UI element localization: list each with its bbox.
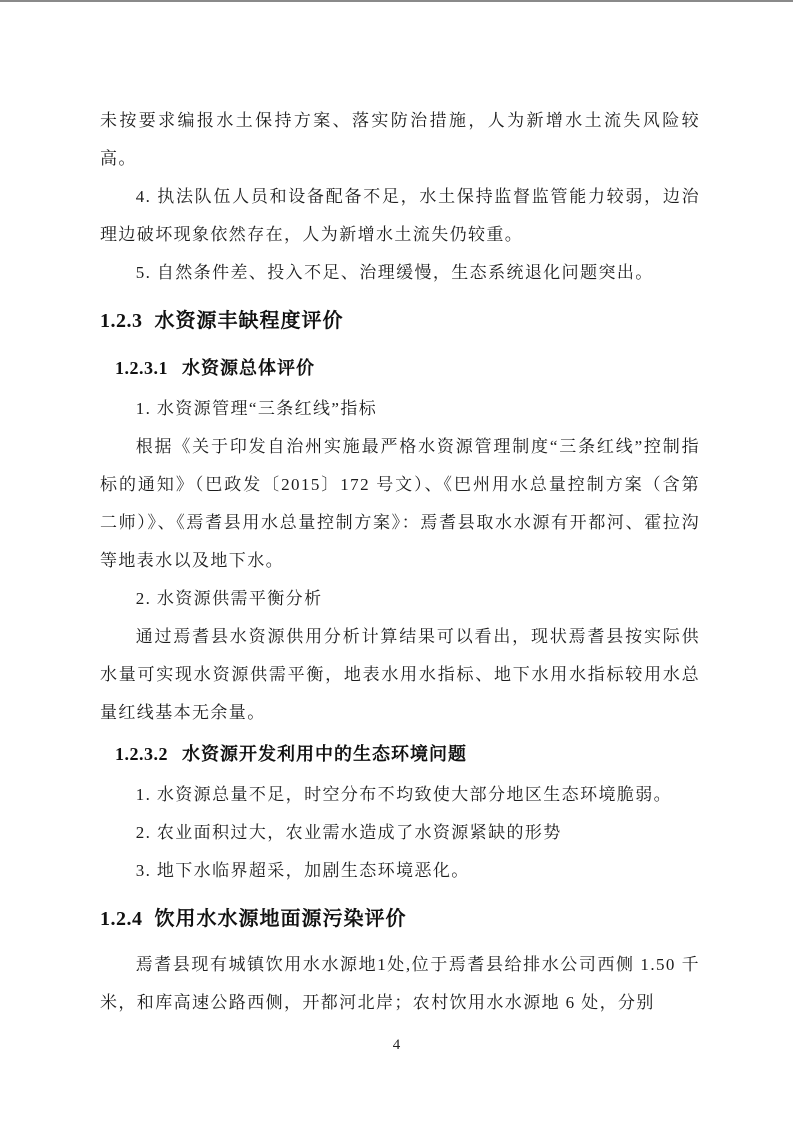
heading-1-2-4: 1.2.4饮用水水源地面源污染评价 xyxy=(100,898,700,940)
paragraph-item-1-three-red-lines: 1. 水资源管理“三条红线”指标 xyxy=(100,390,700,428)
heading-title: 水资源丰缺程度评价 xyxy=(155,310,344,332)
heading-number: 1.2.4 xyxy=(100,908,143,930)
heading-number: 1.2.3 xyxy=(100,310,143,332)
heading-title: 水资源开发利用中的生态环境问题 xyxy=(182,744,467,764)
paragraph-item-2-supply-demand: 2. 水资源供需平衡分析 xyxy=(100,580,700,618)
paragraph-item-4-enforcement: 4. 执法队伍人员和设备配备不足，水土保持监督监管能力较弱，边治理边破坏现象依然… xyxy=(100,178,700,254)
paragraph-item-5-natural-conditions: 5. 自然条件差、投入不足、治理缓慢，生态系统退化问题突出。 xyxy=(100,254,700,292)
paragraph-eco-item-3: 3. 地下水临界超采，加剧生态环境恶化。 xyxy=(100,852,700,890)
heading-number: 1.2.3.2 xyxy=(115,744,168,764)
paragraph-supply-demand-analysis: 通过焉耆县水资源供用分析计算结果可以看出，现状焉耆县按实际供水量可实现水资源供需… xyxy=(100,618,700,732)
paragraph-eco-item-2: 2. 农业面积过大，农业需水造成了水资源紧缺的形势 xyxy=(100,814,700,852)
paragraph-policy-basis: 根据《关于印发自治州实施最严格水资源管理制度“三条红线”控制指标的通知》（巴政发… xyxy=(100,428,700,580)
paragraph-drinking-water-sources: 焉耆县现有城镇饮用水水源地1处,位于焉耆县给排水公司西侧 1.50 千米，和库高… xyxy=(100,946,700,1022)
heading-number: 1.2.3.1 xyxy=(115,358,168,378)
document-page: 未按要求编报水土保持方案、落实防治措施，人为新增水土流失风险较高。 4. 执法队… xyxy=(0,0,793,1122)
heading-1-2-3-1: 1.2.3.1水资源总体评价 xyxy=(115,348,700,388)
paragraph-eco-item-1: 1. 水资源总量不足，时空分布不均致使大部分地区生态环境脆弱。 xyxy=(100,776,700,814)
paragraph-soil-loss-risk: 未按要求编报水土保持方案、落实防治措施，人为新增水土流失风险较高。 xyxy=(100,102,700,178)
heading-title: 水资源总体评价 xyxy=(182,358,315,378)
heading-title: 饮用水水源地面源污染评价 xyxy=(155,908,407,930)
page-number: 4 xyxy=(0,1034,793,1056)
heading-1-2-3: 1.2.3水资源丰缺程度评价 xyxy=(100,300,700,342)
page-content: 未按要求编报水土保持方案、落实防治措施，人为新增水土流失风险较高。 4. 执法队… xyxy=(100,102,700,1022)
heading-1-2-3-2: 1.2.3.2水资源开发利用中的生态环境问题 xyxy=(115,734,700,774)
